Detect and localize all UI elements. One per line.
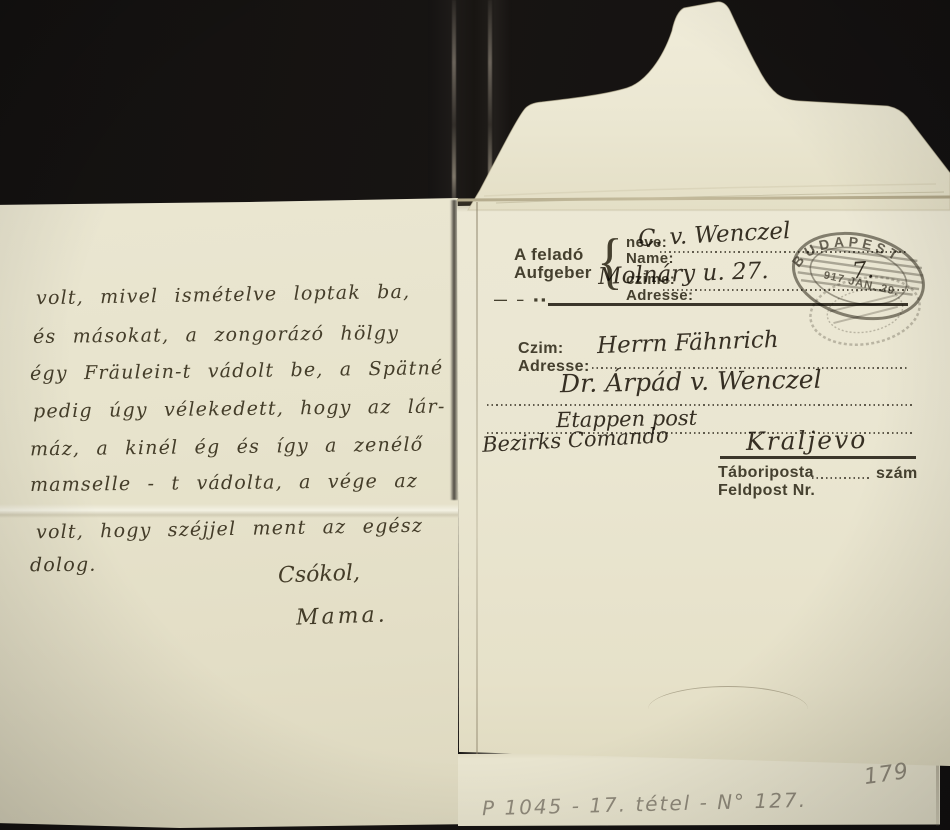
sender-group-label-hu: A feladó	[514, 245, 584, 265]
recipient-city-handwriting: Kraljevo	[746, 425, 868, 456]
recipient-label-hu: Czim:	[518, 340, 564, 358]
letter-line: mamselle - t vádolta, a vége az	[30, 470, 418, 496]
fieldpost-label-hu: Táboriposta	[718, 464, 814, 482]
recipient-line2-handwriting: Dr. Árpád v. Wenczel	[560, 365, 822, 399]
letter-signature: Mama.	[296, 602, 388, 630]
divider-dash-marks: — – ▪▪	[494, 292, 549, 307]
letter-line: és másokat, a zongorázó hölgy	[33, 322, 399, 348]
city-underline-rule	[720, 456, 916, 459]
spine-edge-highlight	[452, 0, 456, 208]
letter-line: dolog.	[30, 554, 97, 577]
envelope-flap	[466, 0, 950, 214]
fieldpost-suffix: szám	[876, 465, 918, 483]
scanned-document-photo: A feladó Aufgeber { neve: Name: czime: A…	[0, 0, 950, 830]
sender-group-label-de: Aufgeber	[514, 263, 592, 283]
fieldpost-number-line	[812, 477, 872, 479]
recipient-ruled-line-2	[487, 404, 915, 406]
envelope-left-crease	[476, 202, 478, 754]
postmark-stamp-faint	[800, 266, 930, 356]
fieldpost-label-de: Feldpost Nr.	[718, 482, 815, 500]
letter-closing: Csókol,	[278, 561, 361, 589]
